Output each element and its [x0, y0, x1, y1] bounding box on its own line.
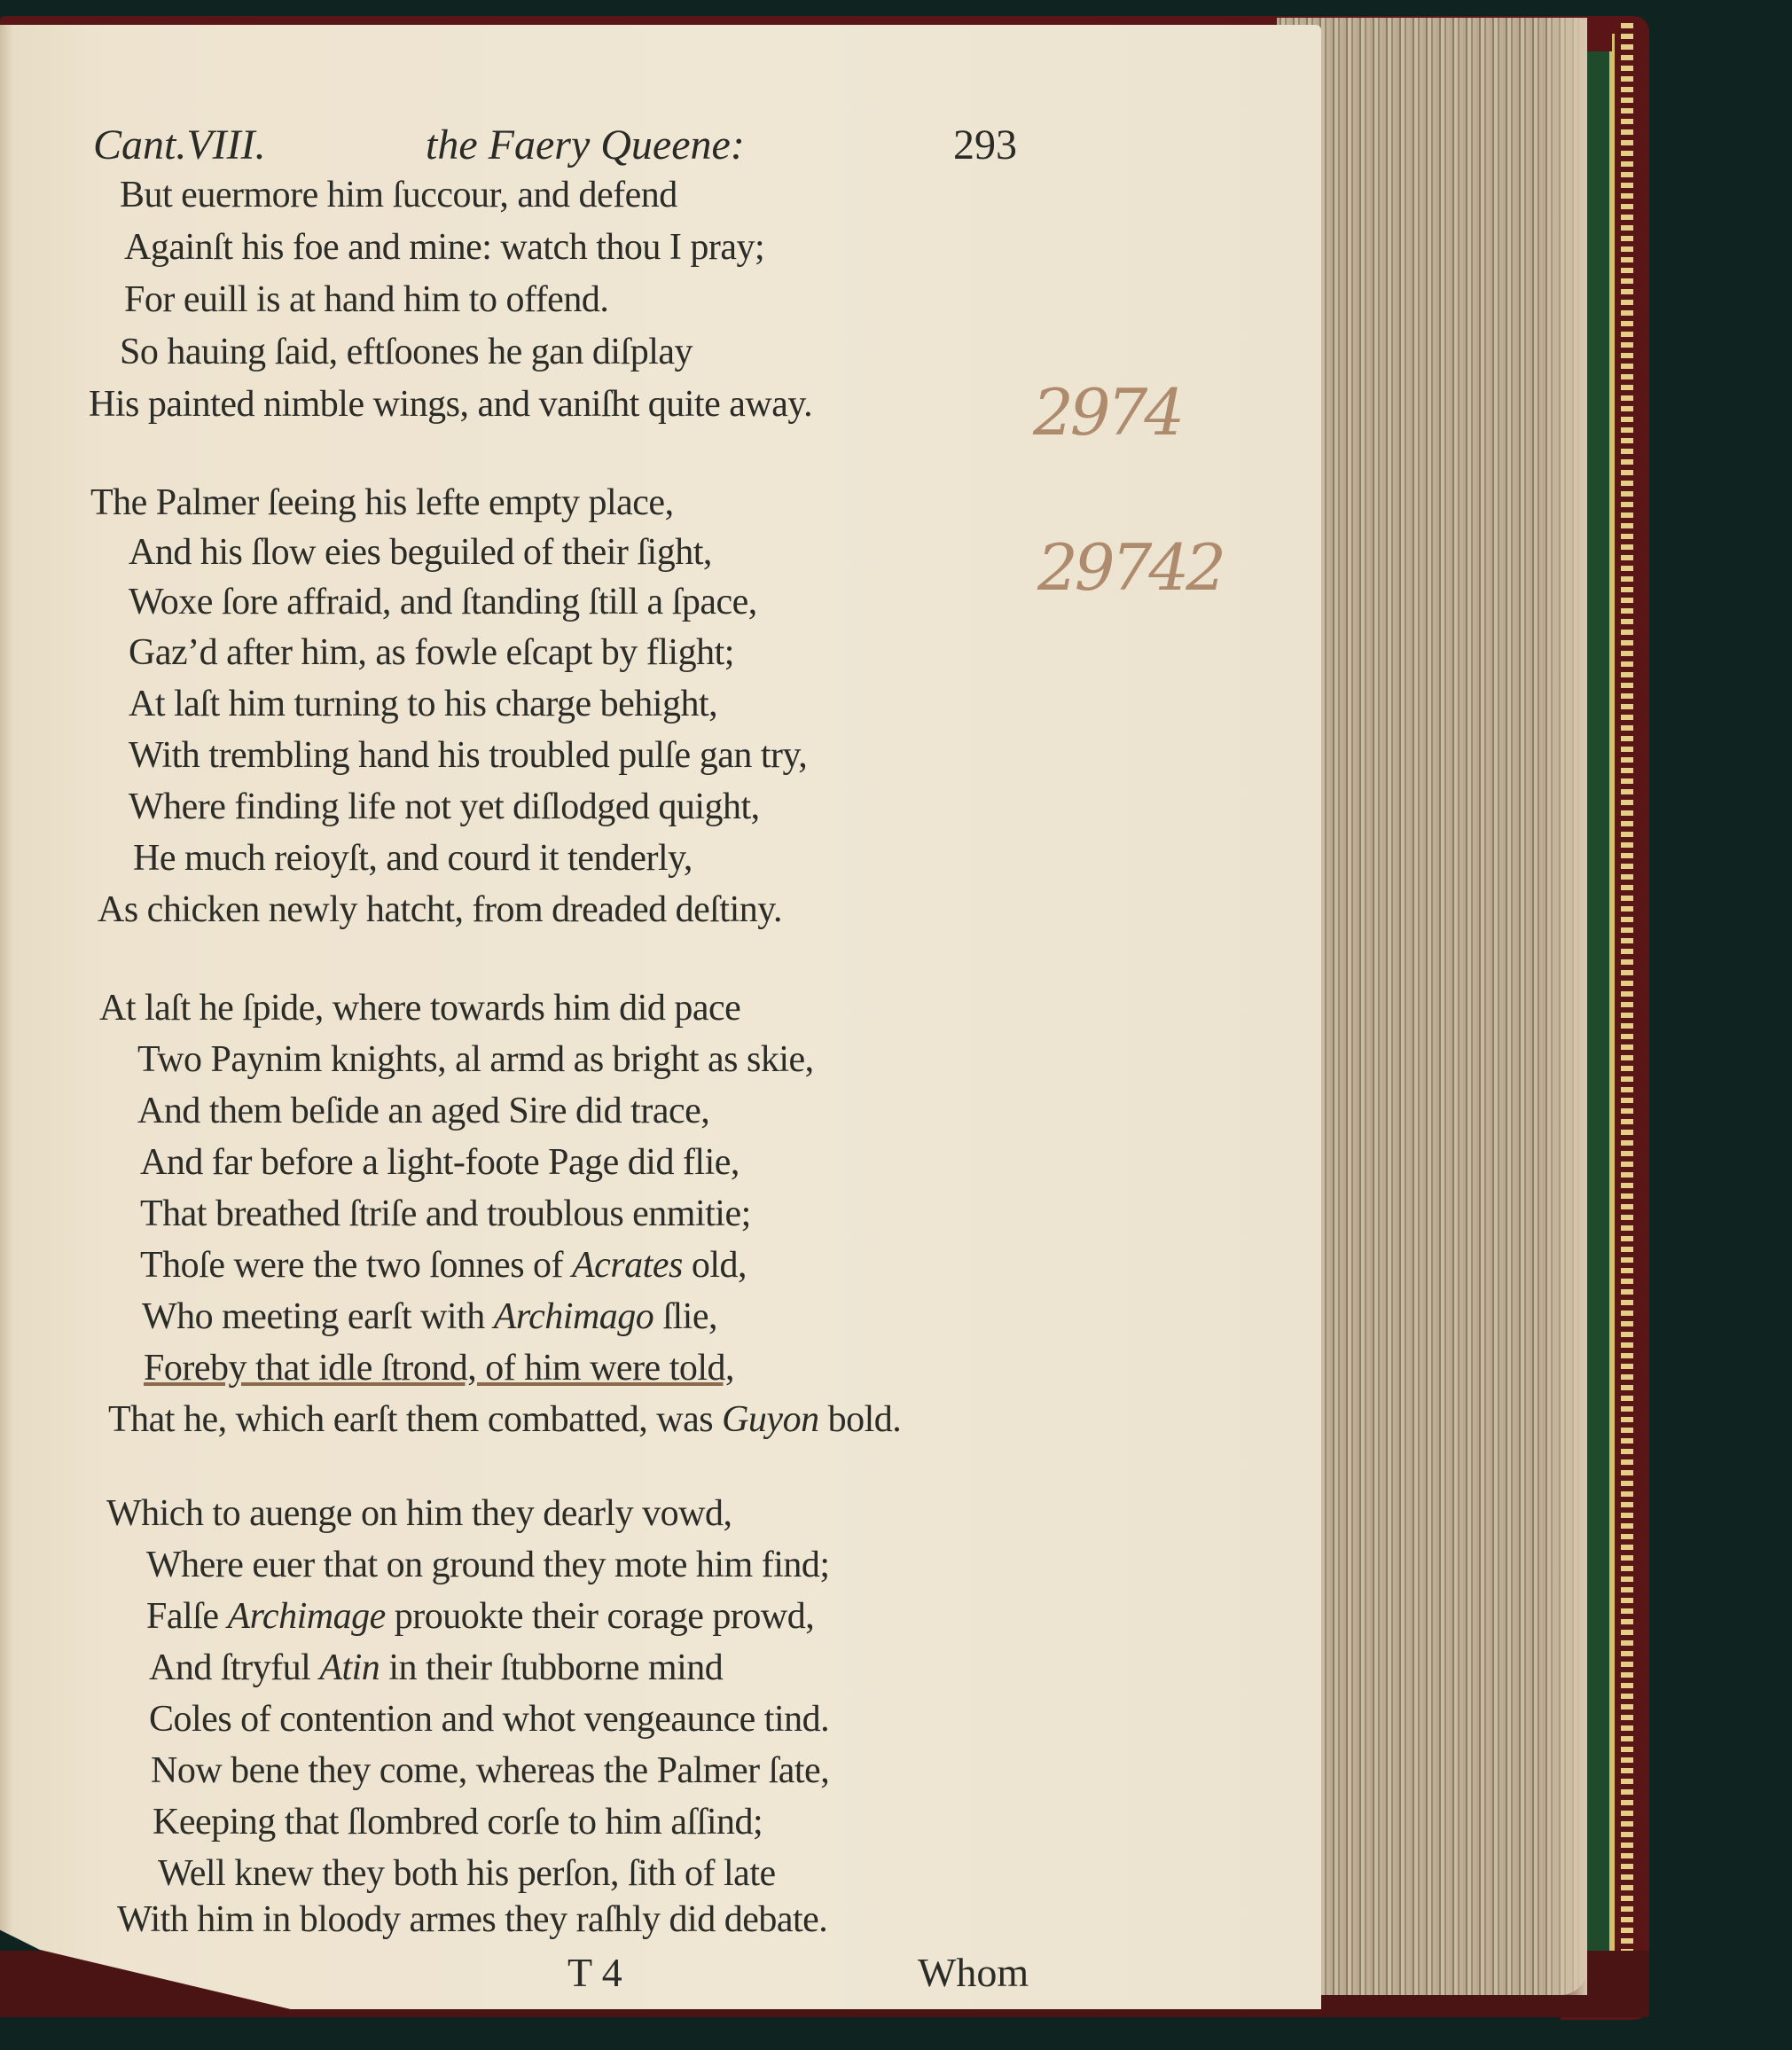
verse-line: Falſe Archimage prouokte their corage pr… [146, 1595, 814, 1638]
verse-line: Which to auenge on him they dearly vowd, [106, 1492, 732, 1535]
verse-line: Woxe ſore affraid, and ſtanding ſtill a … [129, 581, 757, 623]
verse-text-run: Who meeting earſt with [142, 1296, 494, 1337]
verse-line: Thoſe were the two ſonnes of Acrates old… [140, 1244, 747, 1287]
verse-line: Who meeting earſt with Archimago ſlie, [142, 1295, 717, 1338]
verse-line: So hauing ſaid, eftſoones he gan diſplay [120, 331, 693, 373]
verse-text-run: in their ſtubborne mind [380, 1647, 723, 1688]
verse-line: Keeping that ſlombred corſe to him aſſin… [153, 1801, 763, 1843]
verse-line: The Palmer ſeeing his lefte empty place, [90, 481, 674, 524]
verse-line: Now bene they come, whereas the Palmer ſ… [151, 1749, 829, 1792]
verse-line: Well knew they both his perſon, ſith of … [158, 1852, 776, 1895]
pencil-annotation: 2974 [1033, 375, 1181, 450]
verse-line: And his ſlow eies beguiled of their ſigh… [129, 531, 712, 574]
proper-name-italic: Archimago [494, 1296, 654, 1337]
verse-line: Where finding life not yet diſlodged qui… [129, 786, 760, 828]
verse-line: As chicken newly hatcht, from dreaded de… [98, 888, 782, 931]
proper-name-italic: Acrates [572, 1245, 683, 1286]
catchword: Whom [918, 1949, 1029, 1996]
verse-line: With him in bloody armes they raſhly did… [117, 1898, 827, 1941]
book-page: Cant.VIII. the Faery Queene: 293 But eue… [0, 25, 1321, 2009]
proper-name-italic: Atin [319, 1647, 380, 1688]
verse-text-run: Thoſe were the two ſonnes of [140, 1245, 572, 1286]
verse-text-run: And ſtryful [149, 1647, 319, 1688]
fore-edge-shade [1543, 18, 1587, 1995]
verse-text-run: old, [683, 1245, 747, 1286]
verse-line-underlined: Foreby that idle ſtrond, of him were tol… [144, 1347, 734, 1389]
signature-mark: T 4 [567, 1949, 622, 1996]
verse-text-run: bold. [819, 1399, 902, 1440]
verse-line: His painted nimble wings, and vaniſht qu… [89, 383, 812, 426]
pencil-annotation: 29742 [1037, 530, 1223, 605]
verse-text-run: That he, which earſt them combatted, was [108, 1399, 722, 1440]
proper-name-italic: Archimage [227, 1596, 385, 1637]
verse-line: Coles of contention and whot vengeaunce … [149, 1698, 829, 1741]
verse-line: At laſt he ſpide, where towards him did … [99, 987, 740, 1029]
verse-line: He much reioyſt, and courd it tenderly, [133, 837, 693, 880]
text-block-fore-edge [1277, 18, 1587, 1995]
verse-line: Gaz’d after him, as fowle eſcapt by flig… [129, 631, 734, 674]
verse-line: And far before a light-foote Page did fl… [140, 1141, 739, 1184]
verse-line: At laſt him turning to his charge behigh… [129, 683, 717, 725]
verse-line: Where euer that on ground they mote him … [146, 1544, 830, 1586]
verse-line: And ſtryful Atin in their ſtubborne mind [149, 1647, 723, 1689]
verse-line: With trembling hand his troubled pulſe g… [129, 734, 807, 777]
verse-text-run: Falſe [146, 1596, 227, 1637]
proper-name-italic: Guyon [722, 1399, 818, 1440]
gilt-roll-border [1621, 23, 1633, 1991]
verse-text: But euermore him ſuccour, and defend Aga… [0, 25, 1321, 2009]
verse-line: That he, which earſt them combatted, was… [108, 1398, 901, 1441]
verse-line: But euermore him ſuccour, and defend [120, 174, 677, 216]
verse-line: And them beſide an aged Sire did trace, [137, 1090, 709, 1132]
gilt-fillet [1612, 34, 1615, 1984]
verse-line: For euill is at hand him to offend. [124, 278, 608, 321]
verse-line: Againſt his foe and mine: watch thou I p… [124, 226, 764, 269]
verse-text-run: prouokte their corage prowd, [386, 1596, 815, 1637]
verse-line: Two Paynim knights, al armd as bright as… [137, 1038, 814, 1081]
verse-line: That breathed ſtriſe and troublous enmit… [140, 1193, 751, 1235]
verse-text-run: ſlie, [653, 1296, 717, 1337]
